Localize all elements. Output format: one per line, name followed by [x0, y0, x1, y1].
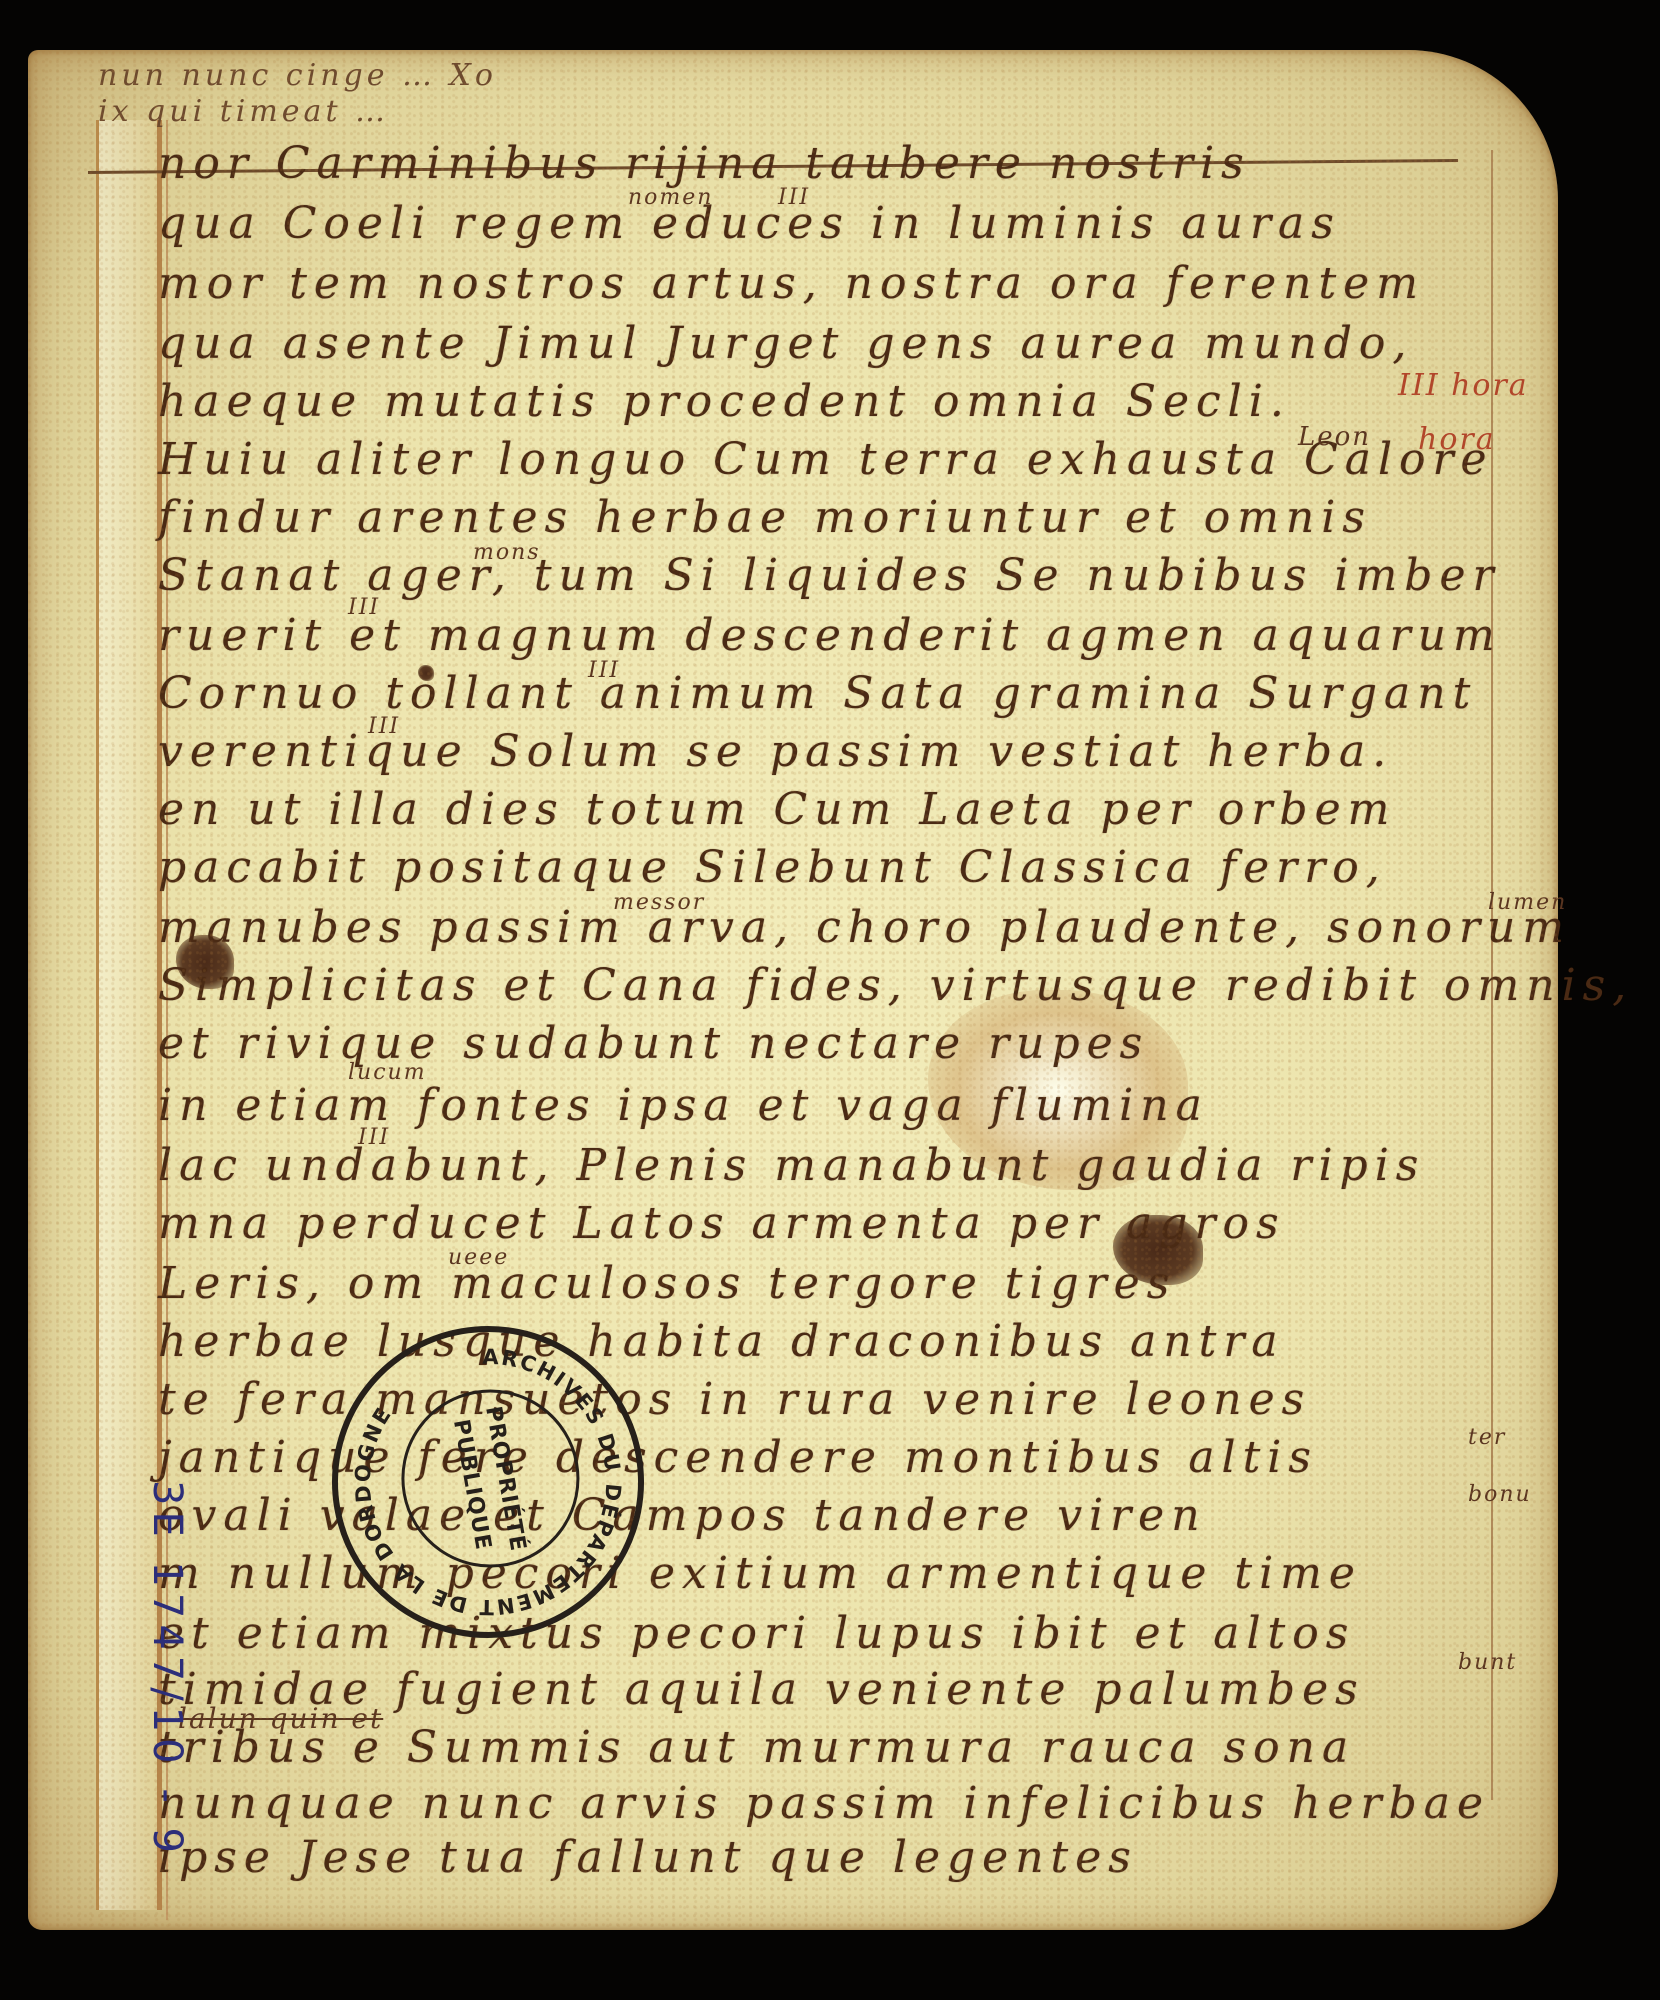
- manuscript-line: haeque mutatis procedent omnia Secli.: [158, 376, 1291, 427]
- interlinear-gloss: III: [778, 185, 810, 210]
- interlinear-gloss: mons: [473, 540, 541, 565]
- margin-note-red: III hora: [1398, 368, 1529, 403]
- manuscript-line: nunquae nunc arvis passim infelicibus he…: [158, 1778, 1490, 1829]
- manuscript-page: nun nunc cinge … Xo ix qui timeat … nor …: [28, 50, 1558, 1930]
- manuscript-line: pacabit positaque Silebunt Classica ferr…: [158, 842, 1387, 893]
- interlinear-gloss: ter: [1468, 1425, 1506, 1450]
- interlinear-gloss: III: [358, 1125, 390, 1150]
- interlinear-gloss: III: [588, 658, 620, 683]
- interlinear-gloss: lumen: [1488, 890, 1567, 915]
- manuscript-line: qua Coeli regem educes in luminis auras: [158, 198, 1341, 249]
- manuscript-line: nor Carminibus rijina taubere nostris: [158, 138, 1251, 189]
- manuscript-line: findur arentes herbae moriuntur et omnis: [158, 492, 1372, 543]
- interlinear-gloss: III: [348, 595, 380, 620]
- interlinear-gloss: bunt: [1458, 1650, 1517, 1675]
- manuscript-line: ipse Jese tua fallunt que legentes: [158, 1832, 1138, 1883]
- manuscript-line: Simplicitas et Cana fides, virtusque red…: [158, 960, 1633, 1011]
- manuscript-line: m nullum pecori exitium armentique time: [158, 1548, 1362, 1599]
- struck-text: lalun quin et: [178, 1702, 383, 1735]
- manuscript-line: Huiu aliter longuo Cum terra exhausta Ca…: [158, 434, 1494, 485]
- manuscript-line: manubes passim arva, choro plaudente, so…: [158, 902, 1571, 953]
- manuscript-line: in etiam fontes ipsa et vaga flumina: [158, 1080, 1209, 1131]
- manuscript-line: Leris, om maculosos tergore tigres: [158, 1258, 1176, 1309]
- manuscript-line: Stanat ager, tum Si liquides Se nubibus …: [158, 550, 1501, 601]
- manuscript-line: et rivique sudabunt nectare rupes: [158, 1018, 1149, 1069]
- header-line-2: ix qui timeat …: [98, 94, 389, 129]
- margin-note: Leon: [1298, 422, 1371, 452]
- archive-stamp: ARCHIVES DU DÉPARTEMENT DE LA DORDOGNE P…: [307, 1301, 668, 1662]
- manuscript-line: Cornuo tollant animum Sata gramina Surga…: [158, 668, 1477, 719]
- interlinear-gloss: nomen: [628, 185, 713, 210]
- interlinear-gloss: ueee: [448, 1245, 509, 1270]
- manuscript-line: mna perducet Latos armenta per agros: [158, 1198, 1286, 1249]
- shelfmark: 3E 1747/10 - 9: [144, 1480, 190, 1859]
- margin-note-red: hora: [1418, 422, 1496, 457]
- manuscript-line: mor tem nostros artus, nostra ora ferent…: [158, 258, 1425, 309]
- manuscript-line: verentique Solum se passim vestiat herba…: [158, 726, 1393, 777]
- manuscript-line: lac undabunt, Plenis manabunt gaudia rip…: [158, 1140, 1425, 1191]
- manuscript-line: qua asente Jimul Jurget gens aurea mundo…: [158, 318, 1413, 369]
- interlinear-gloss: III: [368, 714, 400, 739]
- interlinear-gloss: messor: [613, 890, 705, 915]
- manuscript-line: et etiam mixtus pecori lupus ibit et alt…: [158, 1608, 1355, 1659]
- manuscript-line: en ut illa dies totum Cum Laeta per orbe…: [158, 784, 1396, 835]
- interlinear-gloss: bonu: [1468, 1482, 1532, 1507]
- manuscript-line: ovali valae et Campos tandere viren: [158, 1490, 1207, 1541]
- header-line-1: nun nunc cinge … Xo: [98, 58, 497, 93]
- interlinear-gloss: lucum: [348, 1060, 427, 1085]
